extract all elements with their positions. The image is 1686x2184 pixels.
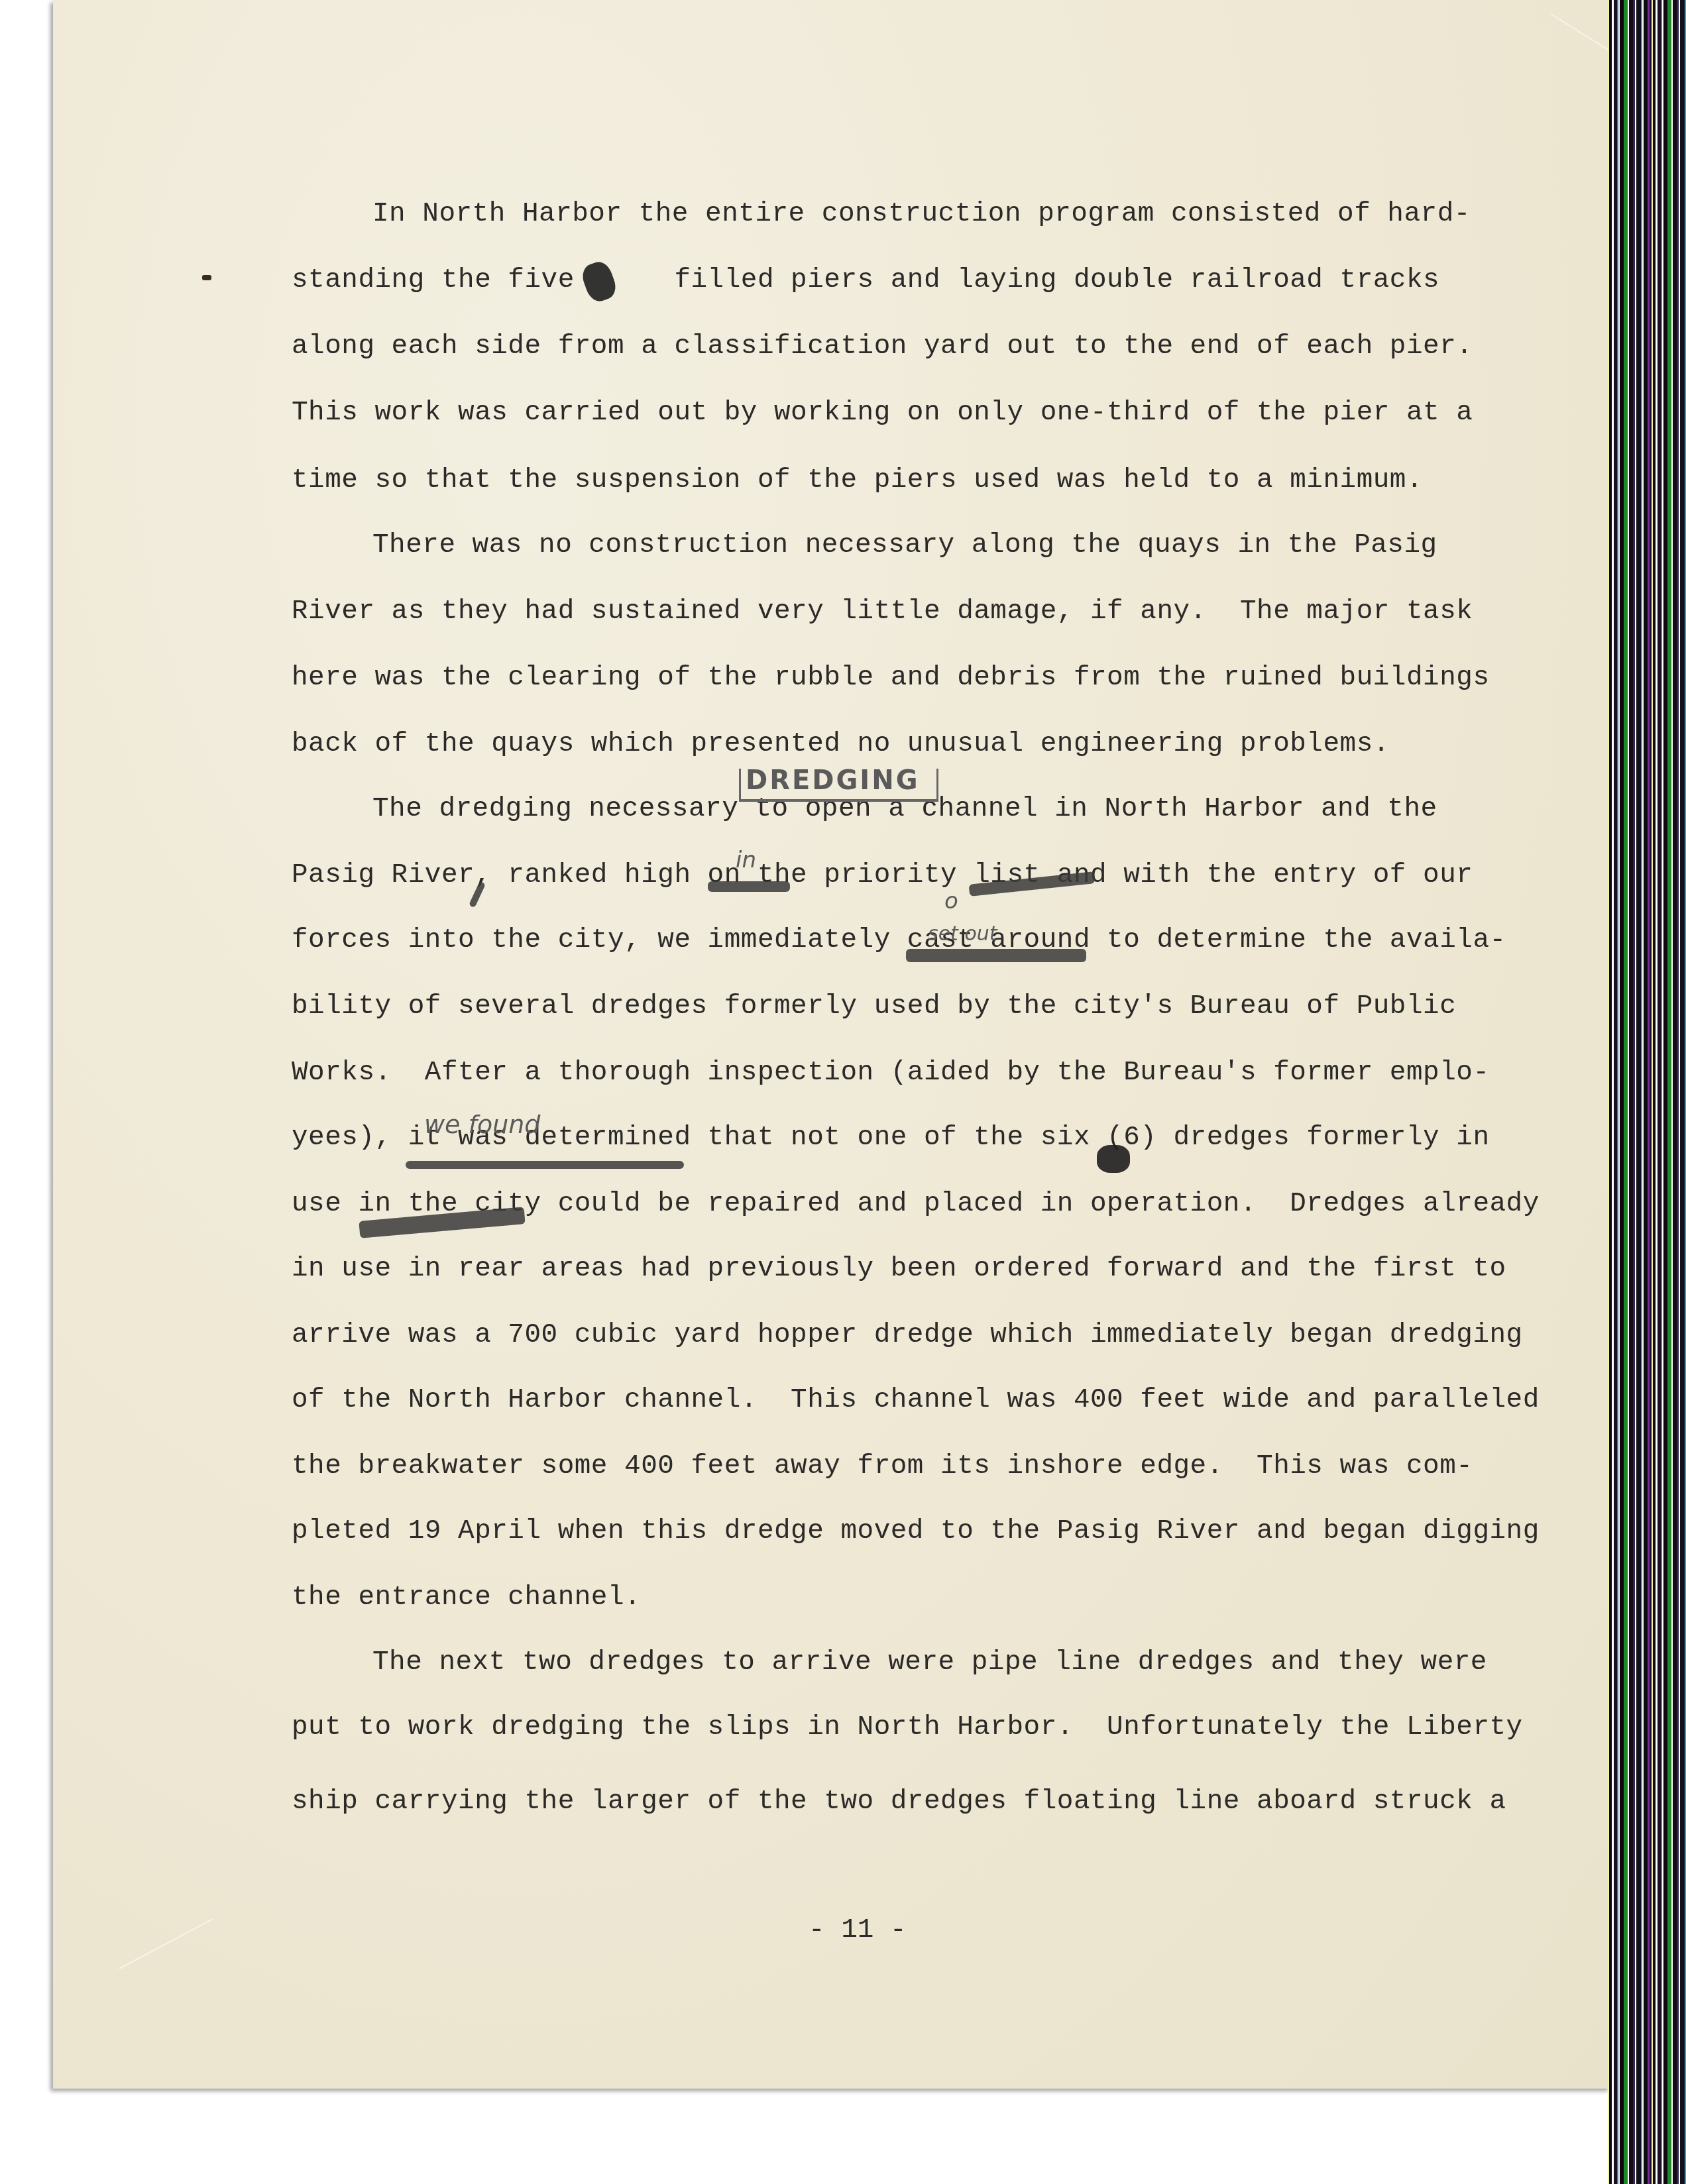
handwritten-insert-in: in — [736, 847, 756, 873]
text-line: arrive was a 700 cubic yard hopper dredg… — [292, 1320, 1523, 1350]
strikethrough-on-the — [708, 881, 790, 892]
text-line: ship carrying the larger of the two dred… — [292, 1786, 1506, 1817]
scribbled-out-six-numeral — [1097, 1145, 1130, 1173]
text-line: forces into the city, we immediately cas… — [292, 925, 1506, 955]
text-line: Works. After a thorough inspection (aide… — [292, 1058, 1490, 1088]
margin-ink-mark — [202, 275, 211, 280]
text-line: In North Harbor the entire construction … — [372, 199, 1471, 229]
text-line: the entrance channel. — [292, 1582, 641, 1613]
strikethrough-cast-around — [906, 949, 1086, 962]
text-line: here was the clearing of the rubble and … — [292, 663, 1490, 693]
text-line: River as they had sustained very little … — [292, 596, 1473, 627]
text-line: in use in rear areas had previously been… — [292, 1254, 1506, 1284]
page-number: - 11 - — [809, 1915, 907, 1945]
handwritten-insert-we-found: we found — [424, 1110, 540, 1139]
text-line: standing the five filled piers and layin… — [292, 265, 1439, 296]
handwritten-period-mark: o — [944, 888, 958, 914]
paper-crease — [119, 1918, 213, 1969]
handwritten-insert-set-out: set out — [928, 922, 997, 946]
strikethrough-it-was-determined — [406, 1161, 684, 1169]
scanner-color-strip — [1608, 0, 1686, 2184]
text-line: This work was carried out by working on … — [292, 398, 1473, 428]
text-line: Pasig River, ranked high on the priority… — [292, 860, 1473, 891]
text-line: the breakwater some 400 feet away from i… — [292, 1451, 1473, 1482]
text-line: bility of several dredges formerly used … — [292, 991, 1456, 1022]
text-line: along each side from a classification ya… — [292, 331, 1473, 362]
text-line: of the North Harbor channel. This channe… — [292, 1385, 1540, 1415]
text-line: pleted 19 April when this dredge moved t… — [292, 1516, 1540, 1547]
document-page — [53, 0, 1610, 2089]
text-line: There was no construction necessary alon… — [372, 530, 1437, 561]
text-line: The next two dredges to arrive were pipe… — [372, 1647, 1487, 1678]
text-line: back of the quays which presented no unu… — [292, 729, 1390, 759]
text-line: time so that the suspension of the piers… — [292, 465, 1423, 496]
text-line: put to work dredging the slips in North … — [292, 1712, 1523, 1743]
dredging-bracket — [739, 769, 938, 802]
